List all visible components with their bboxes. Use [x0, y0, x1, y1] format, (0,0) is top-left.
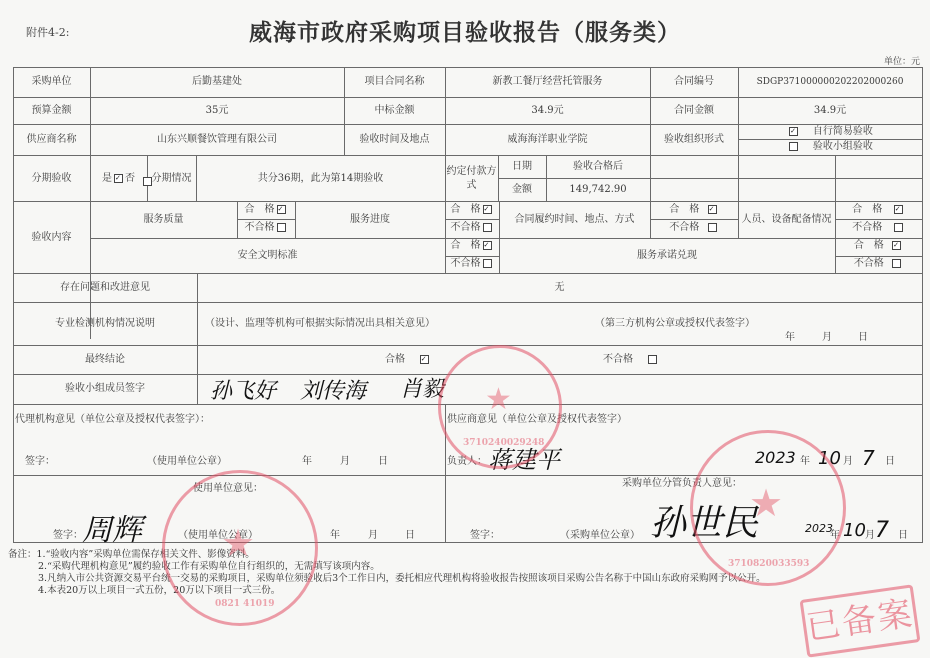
member-signature-1: 孙飞好	[210, 374, 276, 405]
installment-choice: 是否	[90, 173, 147, 185]
notes: 备注：1.“验收内容”采购单位需保存相关文件、影像资料。 2.“采购代理机构意见…	[8, 549, 766, 597]
page-title: 威海市政府采购项目验收报告（服务类）	[0, 14, 930, 47]
checkbox-safety-fail[interactable]	[483, 259, 492, 268]
staff-fail[interactable]: 不合格	[835, 222, 922, 234]
purchaser-seal-stamp: ★ 3710820033593	[690, 430, 846, 586]
checkbox-self-acceptance[interactable]	[789, 127, 798, 136]
inspection-year: 年	[785, 332, 795, 344]
checkbox-staff-fail[interactable]	[894, 223, 903, 232]
item-service-commitment: 服务承诺兑现	[499, 250, 835, 262]
budget-value: 35元	[90, 105, 344, 117]
contract-amount-value: 34.9元	[738, 105, 922, 117]
member-signature-3: 肖毅	[400, 372, 444, 403]
agency-year: 年	[302, 456, 312, 468]
quality-pass[interactable]: 合 格	[237, 204, 295, 216]
issues-value: 无	[197, 282, 922, 294]
performance-fail[interactable]: 不合格	[650, 222, 738, 234]
inspection-hint: （设计、监理等机构可根据实际情况出具相关意见）	[205, 318, 435, 330]
user-year: 年	[330, 530, 340, 542]
inspection-sign-hint: （第三方机构公章或授权代表签字）	[595, 318, 755, 330]
supplier-month: 月	[843, 456, 853, 468]
filed-stamp: 已备案	[800, 584, 921, 657]
checkbox-safety-pass[interactable]	[483, 241, 492, 250]
checkbox-conclusion-pass[interactable]	[420, 355, 429, 364]
purchaser-seal-hint: （采购单位公章）	[560, 530, 640, 542]
checkbox-commitment-fail[interactable]	[892, 259, 901, 268]
installment-label: 分期验收	[13, 173, 90, 185]
commitment-fail[interactable]: 不合格	[835, 258, 922, 270]
org-form-label: 验收组织形式	[650, 134, 738, 146]
org-form-option-group[interactable]: 验收小组验收	[738, 141, 922, 153]
checkbox-group-acceptance[interactable]	[789, 142, 798, 151]
purchaser-sign-day: 7	[875, 518, 889, 543]
quality-fail[interactable]: 不合格	[237, 222, 295, 234]
unit-label: 单位：元	[884, 54, 920, 67]
staff-pass[interactable]: 合 格	[835, 204, 922, 216]
contract-no-label: 合同编号	[650, 76, 738, 88]
progress-fail[interactable]: 不合格	[445, 222, 499, 234]
performance-pass[interactable]: 合 格	[650, 204, 738, 216]
org-form-option-self[interactable]: 自行简易验收	[738, 126, 922, 138]
time-place-label: 验收时间及地点	[344, 134, 445, 146]
supplier-sign-day: 7	[862, 446, 875, 470]
installment-status-label: 分期情况	[147, 173, 196, 185]
time-place-value: 威海海洋职业学院	[445, 134, 650, 146]
note-2: 2.“采购代理机构意见”履约验收工作有采购单位自行组织的，无需填写该项内容。	[8, 561, 766, 573]
payment-amount-value: 149,742.90	[546, 184, 650, 196]
note-1: 备注：1.“验收内容”采购单位需保存相关文件、影像资料。	[8, 549, 766, 561]
agency-sign-label: 签字：	[25, 456, 55, 468]
installment-status-value: 共分36期，此为第14期验收	[196, 173, 445, 185]
payment-amount-label: 金额	[498, 184, 546, 196]
purchaser-value: 后勤基建处	[90, 76, 344, 88]
safety-pass[interactable]: 合 格	[445, 240, 499, 252]
note-4: 4.本表20万以上项目一式五份，20万以下项目一式三份。	[8, 585, 766, 597]
checkbox-progress-fail[interactable]	[483, 223, 492, 232]
checkbox-performance-pass[interactable]	[708, 205, 717, 214]
supplier-day: 日	[885, 456, 895, 468]
checkbox-commitment-pass[interactable]	[892, 241, 901, 250]
contract-name-label: 项目合同名称	[344, 76, 445, 88]
content-label: 验收内容	[13, 232, 90, 244]
agency-day: 日	[378, 456, 388, 468]
user-sign-label: 签字：	[53, 530, 83, 542]
budget-label: 预算金额	[13, 105, 90, 117]
user-day: 日	[405, 530, 415, 542]
item-safety-standard: 安全文明标准	[90, 250, 445, 262]
supplier-label: 供应商名称	[13, 134, 90, 146]
item-contract-performance: 合同履约时间、地点、方式	[499, 214, 650, 226]
purchaser-sign-label: 签字：	[470, 530, 500, 542]
checkbox-quality-fail[interactable]	[277, 223, 286, 232]
note-3: 3.凡纳入市公共资源交易平台统一交易的采购项目，采购单位须验收后3个工作日内，委…	[8, 573, 766, 585]
item-staff-equipment: 人员、设备配备情况	[738, 214, 835, 226]
agency-opinion-label: 代理机构意见（单位公章及授权代表签字）：	[15, 414, 210, 426]
purchaser-sign-month: 10	[843, 520, 866, 541]
commitment-pass[interactable]: 合 格	[835, 240, 922, 252]
checkbox-conclusion-fail[interactable]	[648, 355, 657, 364]
supplier-value: 山东兴顺餐饮管理有限公司	[90, 134, 344, 146]
inspection-day: 日	[858, 332, 868, 344]
contract-no-value: SDGP371000000202202000260	[738, 76, 922, 88]
payment-date-label: 日期	[498, 161, 546, 173]
checkbox-installment-yes[interactable]	[114, 174, 123, 183]
members-label: 验收小组成员签字	[13, 383, 197, 395]
bid-amount-value: 34.9元	[445, 105, 650, 117]
agency-month: 月	[340, 456, 350, 468]
conclusion-label: 最终结论	[13, 354, 197, 366]
checkbox-performance-fail[interactable]	[708, 223, 717, 232]
purchaser-label: 采购单位	[13, 76, 90, 88]
issues-label: 存在问题和改进意见	[13, 282, 197, 294]
conclusion-fail[interactable]: 不合格	[603, 354, 659, 366]
user-month: 月	[368, 530, 378, 542]
inspection-month: 月	[822, 332, 832, 344]
item-service-quality: 服务质量	[90, 214, 237, 226]
purchaser-month: 月	[865, 530, 875, 542]
contract-name-value: 新教工餐厅经营托管服务	[445, 76, 650, 88]
checkbox-quality-pass[interactable]	[277, 205, 286, 214]
user-unit-seal-stamp: ★ 0821 41019	[162, 470, 318, 626]
bid-amount-label: 中标金额	[344, 105, 445, 117]
purchaser-day: 日	[898, 530, 908, 542]
contract-amount-label: 合同金额	[650, 105, 738, 117]
item-service-progress: 服务进度	[295, 214, 445, 226]
acceptance-report: 附件4-2: 威海市政府采购项目验收报告（服务类） 单位：元	[0, 0, 930, 658]
conclusion-pass[interactable]: 合格	[385, 354, 431, 366]
user-signature: 周辉	[82, 505, 142, 549]
payment-label: 约定付款方式	[445, 165, 498, 193]
supplier-seal-stamp: ★ 3710240029248	[438, 345, 562, 469]
agency-seal-hint: （使用单位公章）	[147, 456, 227, 468]
safety-fail[interactable]: 不合格	[445, 258, 499, 270]
checkbox-progress-pass[interactable]	[483, 205, 492, 214]
checkbox-staff-pass[interactable]	[894, 205, 903, 214]
progress-pass[interactable]: 合 格	[445, 204, 499, 216]
inspection-label: 专业检测机构情况说明	[13, 318, 197, 330]
member-signature-2: 刘传海	[300, 374, 366, 405]
payment-date-value: 验收合格后	[546, 161, 650, 173]
